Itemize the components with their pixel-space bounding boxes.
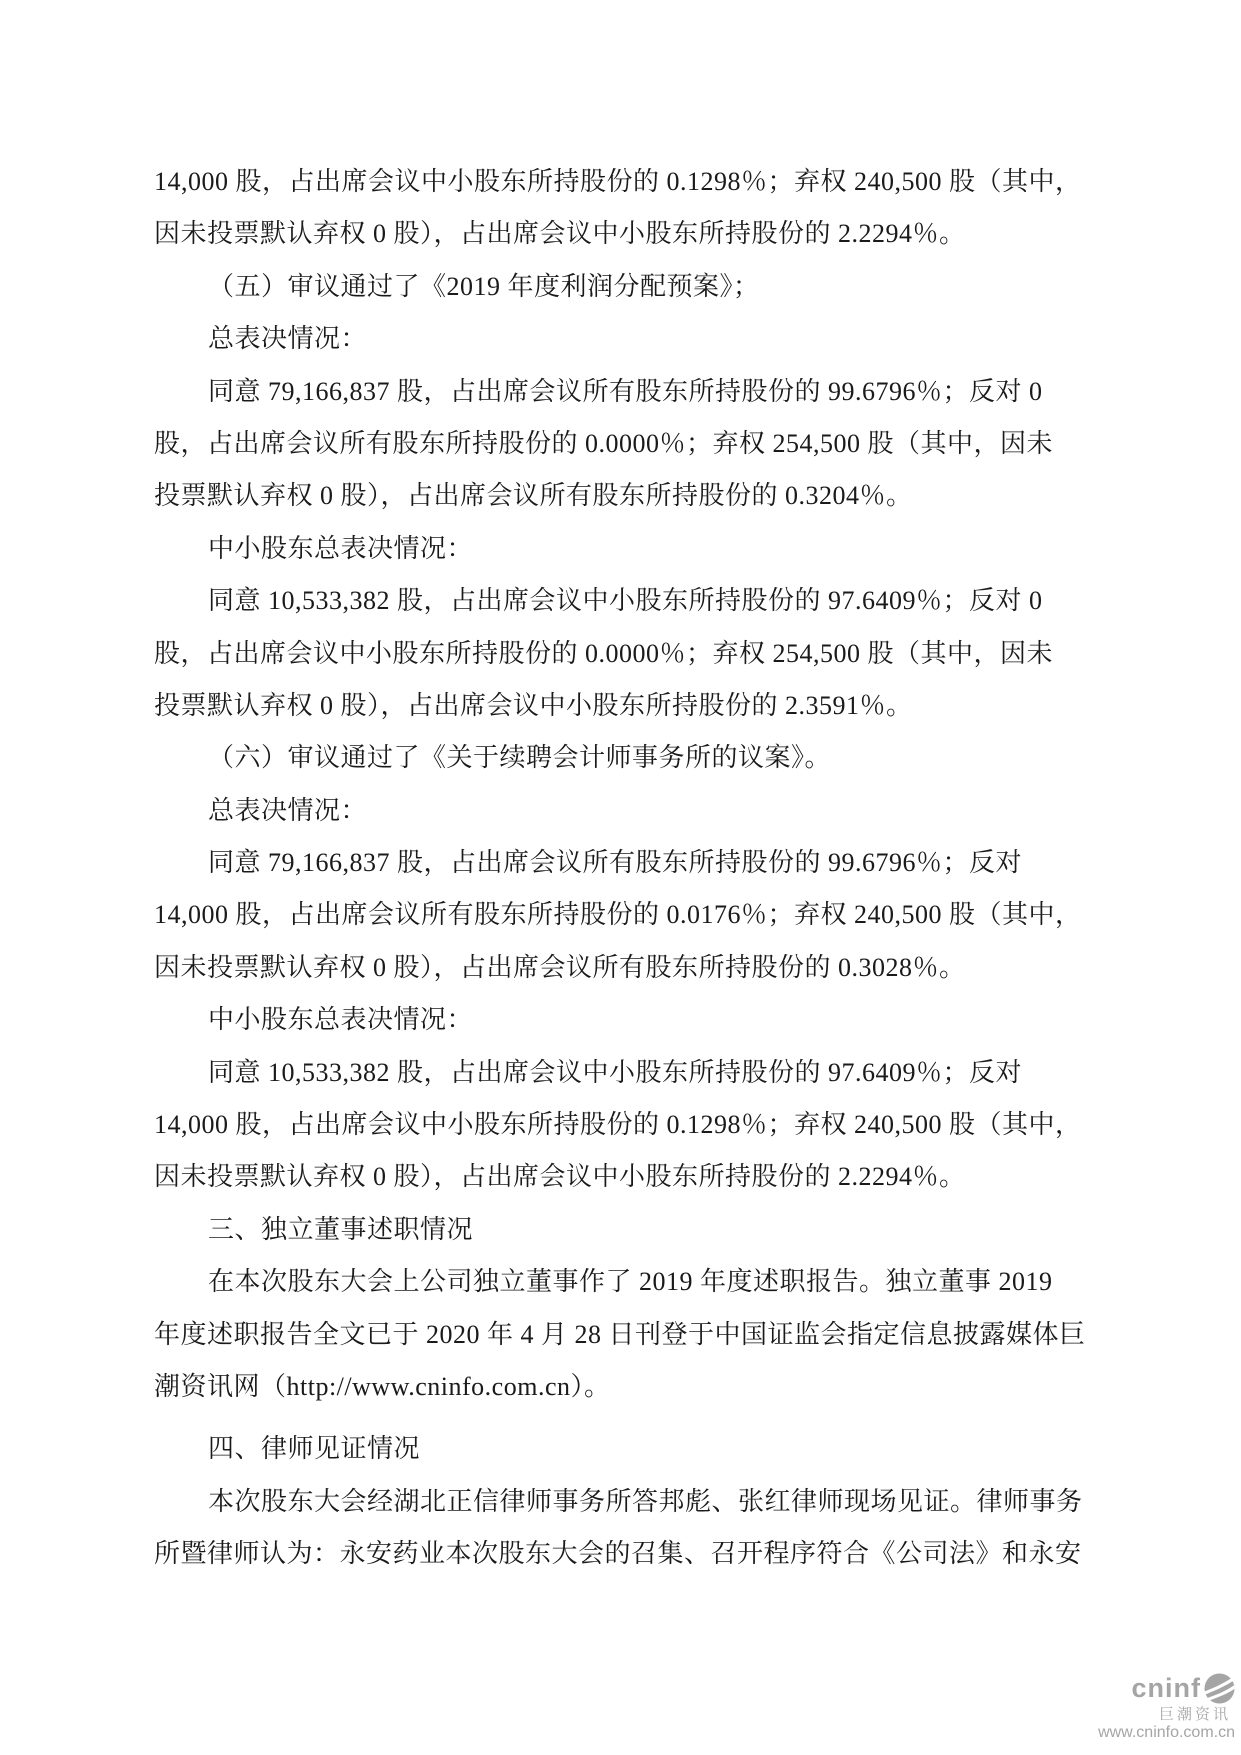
text-line: 投票默认弃权 0 股），占出席会议中小股东所持股份的 2.3591％。 [154, 680, 1054, 732]
text-line: 14,000 股，占出席会议中小股东所持股份的 0.1298％；弃权 240,5… [154, 1099, 1054, 1151]
text-line: 在本次股东大会上公司独立董事作了 2019 年度述职报告。独立董事 2019 [154, 1256, 1054, 1308]
text-line: 同意 10,533,382 股，占出席会议中小股东所持股份的 97.6409％；… [154, 1047, 1054, 1099]
text-line: （五）审议通过了《2019 年度利润分配预案》； [154, 261, 1054, 313]
text-line: 总表决情况： [154, 785, 1054, 837]
text-line: 中小股东总表决情况： [154, 523, 1054, 575]
text-line: 四、律师见证情况 [154, 1423, 1054, 1475]
cninfo-watermark: cninf 巨潮资讯 www.cninfo.com.cn [1098, 1673, 1235, 1741]
text-line: 因未投票默认弃权 0 股），占出席会议中小股东所持股份的 2.2294％。 [154, 1151, 1054, 1203]
text-line: 本次股东大会经湖北正信律师事务所答邦彪、张红律师现场见证。律师事务 [154, 1476, 1054, 1528]
text-line: 所暨律师认为：永安药业本次股东大会的召集、召开程序符合《公司法》和永安 [154, 1528, 1054, 1580]
text-line: 因未投票默认弃权 0 股），占出席会议中小股东所持股份的 2.2294％。 [154, 208, 1054, 260]
text-line: 中小股东总表决情况： [154, 994, 1054, 1046]
cninfo-brand-text: cninf [1132, 1675, 1202, 1702]
text-line: 股，占出席会议中小股东所持股份的 0.0000％；弃权 254,500 股（其中… [154, 628, 1054, 680]
text-line: 因未投票默认弃权 0 股），占出席会议所有股东所持股份的 0.3028％。 [154, 942, 1054, 994]
globe-swirl-icon [1204, 1673, 1235, 1704]
text-line: 股，占出席会议所有股东所持股份的 0.0000％；弃权 254,500 股（其中… [154, 418, 1054, 470]
document-body: 14,000 股，占出席会议中小股东所持股份的 0.1298％；弃权 240,5… [154, 156, 1054, 1581]
document-page: 14,000 股，占出席会议中小股东所持股份的 0.1298％；弃权 240,5… [0, 0, 1241, 1755]
text-line: 14,000 股，占出席会议所有股东所持股份的 0.0176％；弃权 240,5… [154, 889, 1054, 941]
text-line: 年度述职报告全文已于 2020 年 4 月 28 日刊登于中国证监会指定信息披露… [154, 1309, 1054, 1361]
text-line: 14,000 股，占出席会议中小股东所持股份的 0.1298％；弃权 240,5… [154, 156, 1054, 208]
text-line: 投票默认弃权 0 股），占出席会议所有股东所持股份的 0.3204％。 [154, 470, 1054, 522]
text-line: 总表决情况： [154, 313, 1054, 365]
text-line: 同意 79,166,837 股，占出席会议所有股东所持股份的 99.6796％；… [154, 837, 1054, 889]
text-line: 同意 10,533,382 股，占出席会议中小股东所持股份的 97.6409％；… [154, 575, 1054, 627]
cninfo-brand-row: cninf [1098, 1673, 1235, 1704]
cninfo-brand-chinese: 巨潮资讯 [1098, 1707, 1231, 1722]
text-line: 潮资讯网（http://www.cninfo.com.cn）。 [154, 1361, 1054, 1413]
cninfo-brand-url: www.cninfo.com.cn [1098, 1725, 1235, 1741]
text-line: （六）审议通过了《关于续聘会计师事务所的议案》。 [154, 732, 1054, 784]
text-line: 同意 79,166,837 股，占出席会议所有股东所持股份的 99.6796％；… [154, 366, 1054, 418]
text-line: 三、独立董事述职情况 [154, 1204, 1054, 1256]
